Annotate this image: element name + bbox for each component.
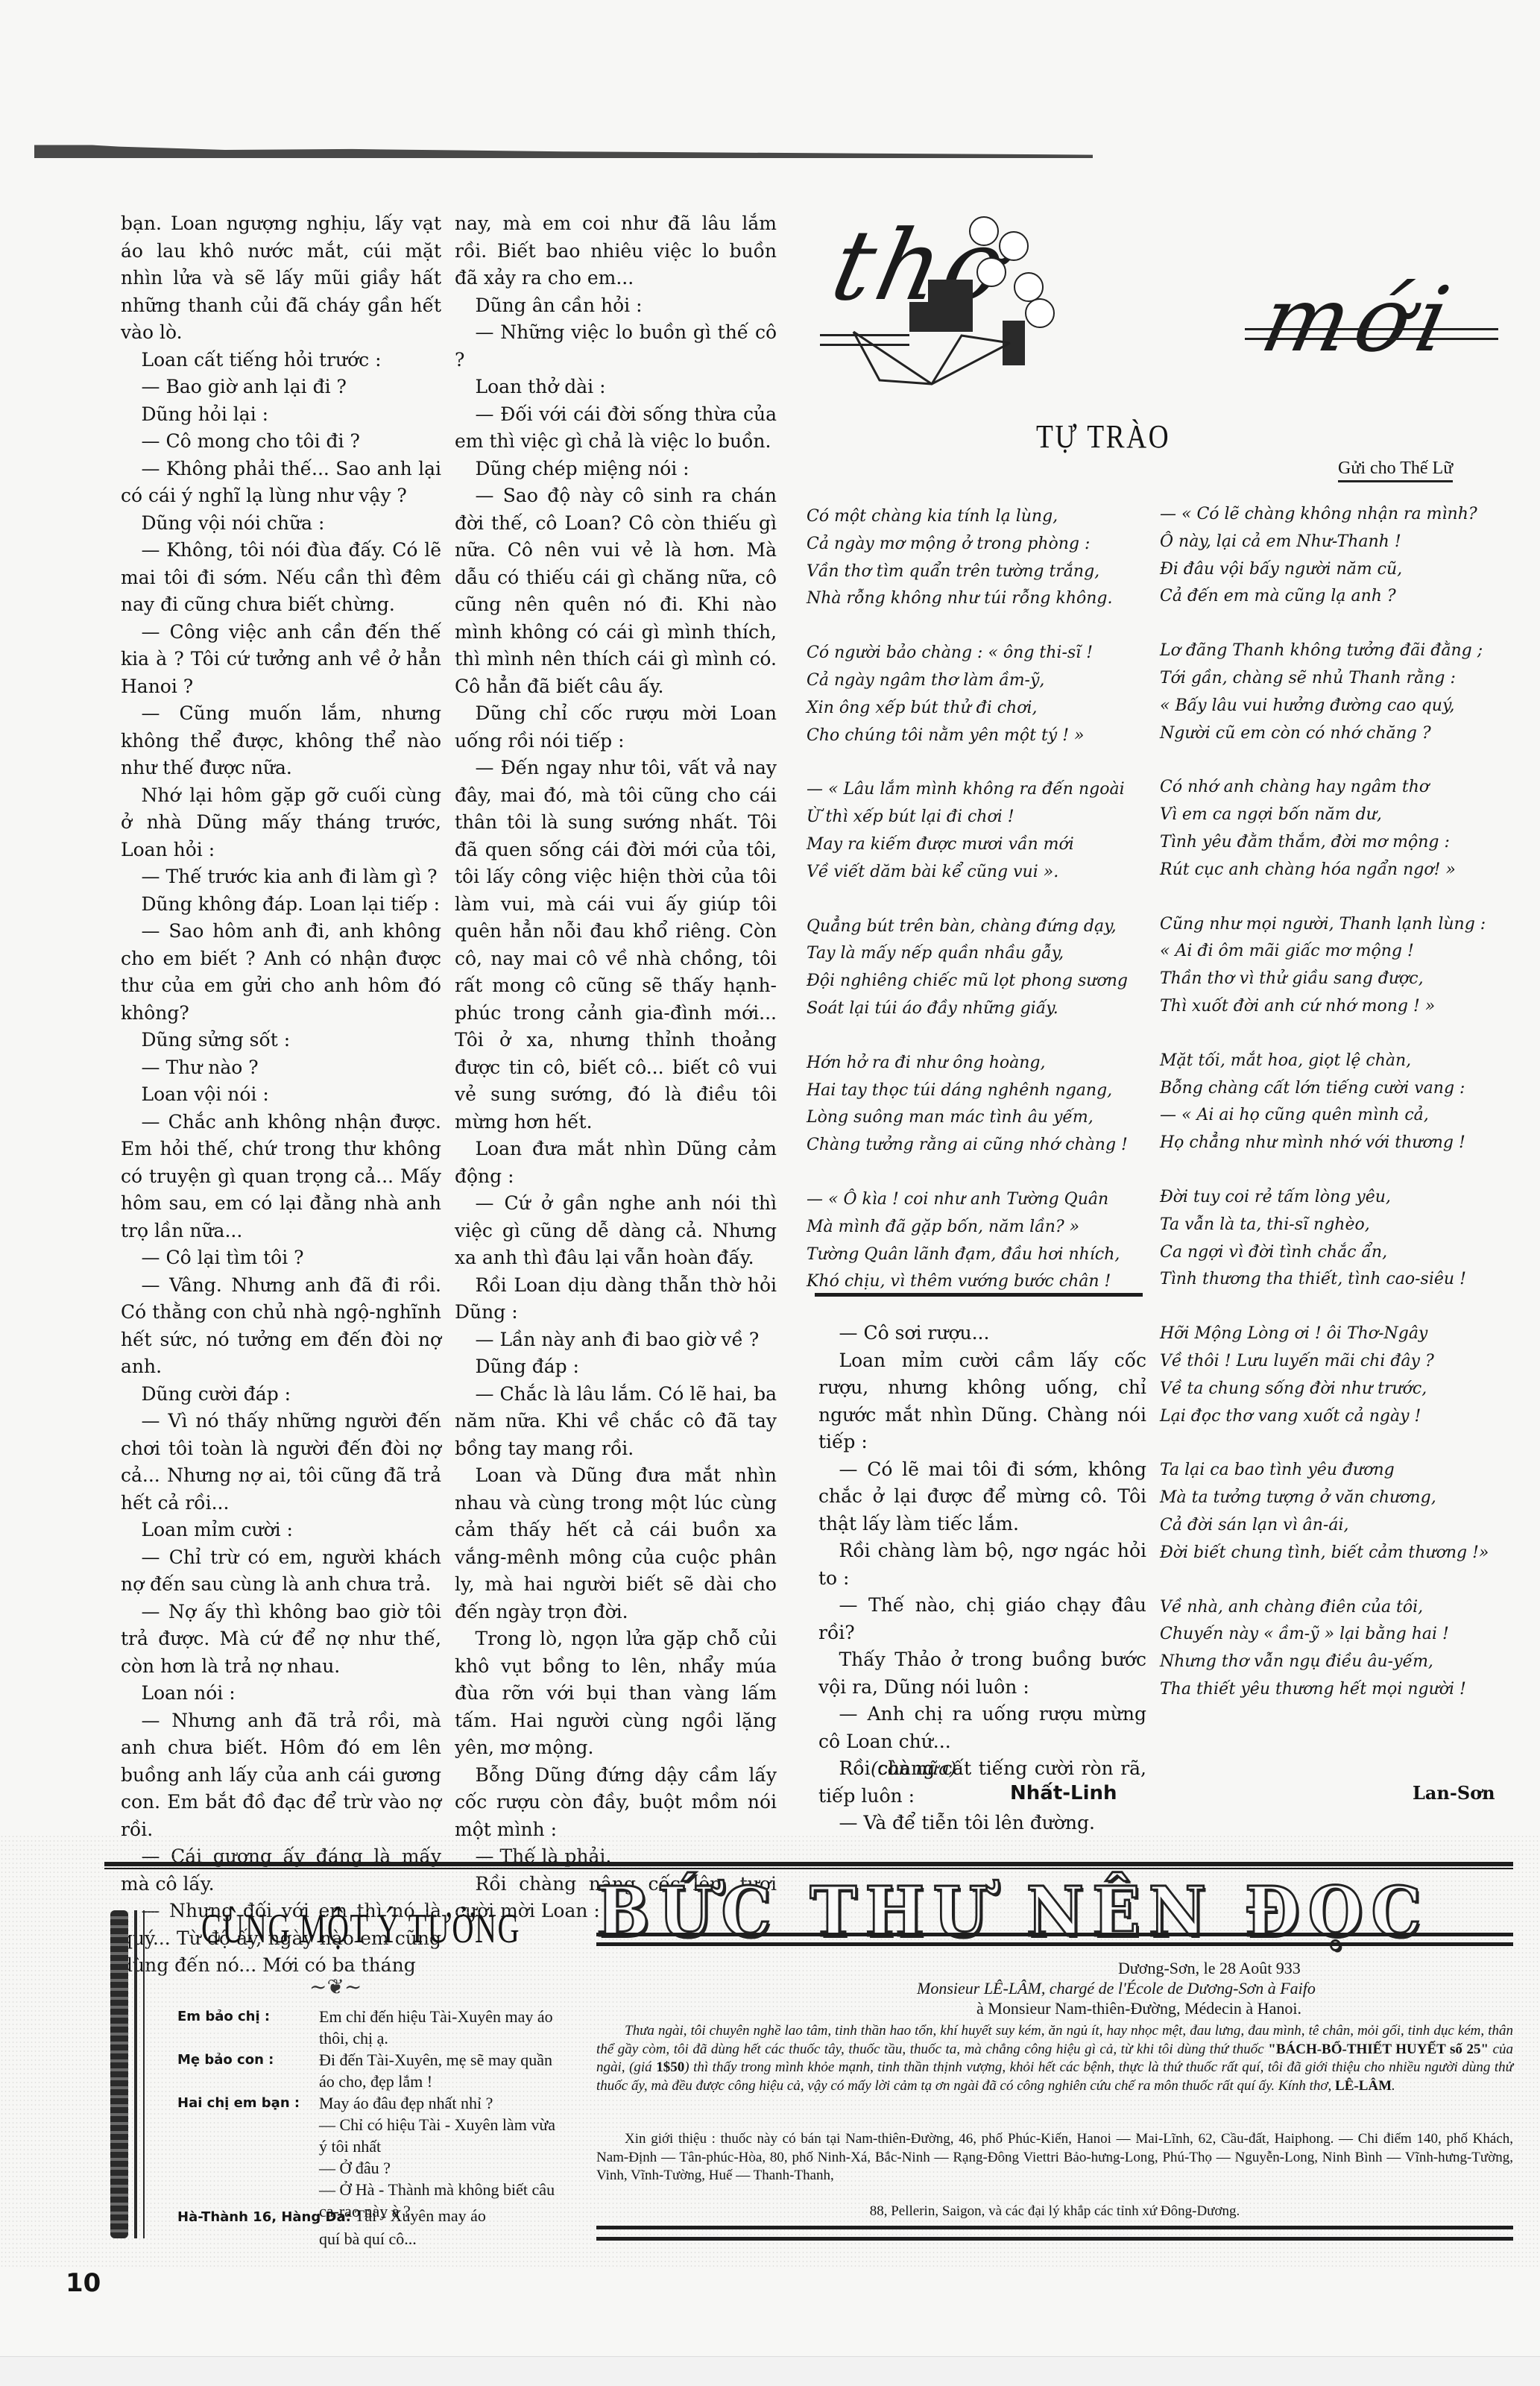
flourish-icon: ~❦~ [309, 1974, 362, 1999]
poem-line: Ta lại ca bao tình yêu đương [1160, 1457, 1510, 1485]
story-paragraph: — Vì nó thấy những người đến chơi tôi to… [121, 1408, 441, 1517]
story-paragraph: — Bao giờ anh lại đi ? [121, 374, 441, 401]
story-paragraph: Dũng chỉ cốc rượu mời Loan uống rồi nói … [455, 700, 777, 755]
story-paragraph: — Và để tiễn tôi lên đường. [818, 1810, 1146, 1837]
story-paragraph: Dũng cười đáp : [121, 1381, 441, 1408]
poem-line: Mặt tối, mắt hoa, giọt lệ chàn, [1160, 1048, 1510, 1075]
header-script-moi: mới [1253, 268, 1465, 372]
story-paragraph: Dũng đáp : [455, 1353, 777, 1381]
address-text-2: quí bà quí cô... [177, 2228, 580, 2250]
poem-line: Về ta chung sống đời như trước, [1160, 1376, 1510, 1403]
ad-top-rule [104, 1862, 1513, 1866]
poem-line: — « Ai ai họ cũng quên mình cả, [1160, 1102, 1510, 1130]
poem-line: Về thôi ! Lưu luyến mãi chi đây ? [1160, 1348, 1510, 1376]
poem-line: Tường Quân lãnh đạm, đầu hơi nhích, [807, 1241, 1142, 1269]
poem-author: Lan-Sơn [1413, 1782, 1495, 1804]
poem-line: Chàng tưởng rằng ai cũng nhớ chàng ! [807, 1132, 1142, 1159]
poem-line: Ô này, lại cả em Như-Thanh ! [1160, 529, 1510, 556]
poem-line: — « Có lẽ chàng không nhận ra mình? [1160, 501, 1510, 529]
story-paragraph: nay, mà em coi như đã lâu lắm rồi. Biết … [455, 210, 777, 292]
poem-line: Lòng suông man mác tình âu yếm, [807, 1104, 1142, 1132]
story-paragraph: — Anh chị ra uống rượu mừng cô Loan chứ.… [818, 1701, 1146, 1755]
speaker-text: — Chỉ có hiệu Tài - Xuyên làm vừa ý tôi … [319, 2114, 565, 2157]
poem-stanza: Ta lại ca bao tình yêu đươngMà ta tưởng … [1160, 1457, 1510, 1567]
page-edge [0, 2356, 1540, 2386]
poem-stanza: — « Có lẽ chàng không nhận ra mình?Ô này… [1160, 501, 1510, 611]
poem-line: Có nhớ anh chàng hay ngâm thơ [1160, 774, 1510, 802]
top-rule-ornament [34, 142, 1093, 158]
poem-line: Lơ đãng Thanh không tưởng đãi đằng ; [1160, 638, 1510, 665]
ad-top-rule-thin [104, 1868, 1513, 1869]
story-paragraph: — Cô mong cho tôi đi ? [121, 428, 441, 456]
poem-line: Họ chẳng như mình nhớ với thương ! [1160, 1130, 1510, 1157]
poem-line: Đời tuy coi rẻ tấm lòng yêu, [1160, 1184, 1510, 1212]
story-paragraph: Dũng ân cần hỏi : [455, 292, 777, 320]
poem-stanza: Có nhớ anh chàng hay ngâm thơVì em ca ng… [1160, 774, 1510, 884]
poem-stanza: Đời tuy coi rẻ tấm lòng yêu,Ta vẫn là ta… [1160, 1184, 1510, 1294]
story-paragraph: — Nhưng anh đã trả rồi, mà anh chưa biết… [121, 1707, 441, 1844]
letter-signature: LÊ-LÂM [1335, 2078, 1392, 2094]
story-paragraph: Loan vội nói : [121, 1081, 441, 1109]
poem-left-column: Có một chàng kia tính lạ lùng,Cả ngày mơ… [807, 503, 1142, 1323]
poem-line: Cả ngày mơ mộng ở trong phòng : [807, 531, 1142, 558]
story-paragraph: — Nợ ấy thì không bao giờ tôi trả được. … [121, 1599, 441, 1681]
poem-line: Tình thương tha thiết, tình cao-siêu ! [1160, 1266, 1510, 1294]
border-line [143, 1910, 145, 2238]
poem-line: May ra kiếm được mươi vần mới [807, 831, 1142, 859]
speaker-label: Em bảo chị : [177, 2006, 319, 2049]
poem-line: Xin ông xếp bút thử đi chơi, [807, 695, 1142, 723]
poem-line: « Bấy lâu vui hưởng đường cao quý, [1160, 693, 1510, 720]
story-paragraph: — Những việc lo buồn gì thế cô ? [455, 319, 777, 374]
poem-stanza: — « Lâu lắm mình không ra đến ngoàiỪ thì… [807, 776, 1142, 886]
poem-line: « Ai đi ôm mãi giấc mơ mộng ! [1160, 938, 1510, 966]
letter-recipient: à Monsieur Nam-thiên-Đường, Médecin à Ha… [976, 1999, 1301, 2018]
poem-line: Thì xuốt đời anh cứ nhớ mong ! » [1160, 993, 1510, 1021]
poem-line: Bỗng chàng cất lớn tiếng cười vang : [1160, 1075, 1510, 1103]
story-paragraph: Loan mỉm cười : [121, 1517, 441, 1544]
product-name: "BÁCH-BỔ-THIẾT HUYẾT số 25" [1268, 2042, 1489, 2057]
speaker-text: Đi đến Tài-Xuyên, mẹ sẽ may quần áo cho,… [319, 2049, 565, 2092]
poem-line: Cũng như mọi người, Thanh lạnh lùng : [1160, 911, 1510, 939]
speaker-label: Mẹ bảo con : [177, 2049, 319, 2092]
flower-icon [999, 231, 1029, 261]
poem-dedication: Gửi cho Thế Lữ [1338, 459, 1453, 482]
ad-tai-xuyen-dialogue: Em bảo chị :Em chỉ đến hiệu Tài-Xuyên ma… [177, 2006, 565, 2222]
story-paragraph: Nhớ lại hôm gặp gỡ cuối cùng ở nhà Dũng … [121, 782, 441, 864]
poem-line: Ca ngợi vì đời tình chắc ẩn, [1160, 1239, 1510, 1267]
story-paragraph: Loan thở dài : [455, 374, 777, 401]
story-paragraph: — Công việc anh cần đến thế kia à ? Tôi … [121, 619, 441, 701]
story-paragraph: — Không phải thế... Sao anh lại có cái ý… [121, 456, 441, 510]
poem-line: Người cũ em còn có nhớ chăng ? [1160, 720, 1510, 748]
ad-dialogue-row: Mẹ bảo con :Đi đến Tài-Xuyên, mẹ sẽ may … [177, 2049, 565, 2092]
poem-line: Rút cục anh chàng hóa ngẩn ngơ! » [1160, 857, 1510, 884]
ad-dialogue-row: — Ở đâu ? [177, 2157, 565, 2179]
story-paragraph: Dũng chép miệng nói : [455, 456, 777, 483]
poem-line: Cả đến em mà cũng lạ anh ? [1160, 583, 1510, 611]
poem-divider [815, 1293, 1143, 1297]
poem-stanza: Hỡi Mộng Lòng ơi ! ôi Thơ-NgâyVề thôi ! … [1160, 1321, 1510, 1430]
poem-stanza: Quẳng bút trên bàn, chàng đứng dạy,Tay l… [807, 913, 1142, 1023]
poem-line: Mà ta tưởng tượng ở văn chương, [1160, 1485, 1510, 1512]
vase-shadow-icon [928, 280, 973, 332]
story-column-1: bạn. Loan ngượng nghịu, lấy vạt áo lau k… [121, 210, 441, 1980]
poem-line: Cả đời sán lạn vì ân-ái, [1160, 1512, 1510, 1540]
poem-line: Nhà rỗng không như túi rỗng không. [807, 585, 1142, 613]
story-paragraph: — Chỉ trừ có em, người khách nợ đến sau … [121, 1544, 441, 1599]
poem-line: Đội nghiêng chiếc mũ lọt phong sương [807, 968, 1142, 995]
story-paragraph: — Thế nào, chị giáo chạy đâu rồi? [818, 1592, 1146, 1646]
poem-title: TỰ TRÀO [1036, 418, 1170, 456]
flower-icon [976, 257, 1006, 287]
poem-line: Soát lại túi áo đầy những giấy. [807, 995, 1142, 1023]
poem-stanza: Có người bảo chàng : « ông thi-sĩ !Cả ng… [807, 640, 1142, 749]
poem-line: Về nhà, anh chàng điên của tôi, [1160, 1594, 1510, 1622]
story-paragraph: Loan mỉm cười cầm lấy cốc rượu, nhưng kh… [818, 1347, 1146, 1456]
story-paragraph: — Chắc anh không nhận được. Em hỏi thế, … [121, 1109, 441, 1245]
poem-line: Hỡi Mộng Lòng ơi ! ôi Thơ-Ngây [1160, 1321, 1510, 1348]
vase-shadow-icon [909, 302, 932, 332]
story-paragraph: Bỗng Dũng đứng dậy cầm lấy cốc rượu còn … [455, 1762, 777, 1844]
poem-line: Vì em ca ngợi bốn năm dư, [1160, 802, 1510, 829]
ad-bottom-rule [596, 2237, 1513, 2241]
story-paragraph: Dũng vội nói chữa : [121, 510, 441, 538]
poem-line: Có người bảo chàng : « ông thi-sĩ ! [807, 640, 1142, 667]
ad-dialogue-row: Em bảo chị :Em chỉ đến hiệu Tài-Xuyên ma… [177, 2006, 565, 2049]
story-paragraph: Dũng sửng sốt : [121, 1027, 441, 1054]
poem-line: Ta vẫn là ta, thi-sĩ nghèo, [1160, 1212, 1510, 1239]
story-paragraph: Loan và Dũng đưa mắt nhìn nhau và cùng t… [455, 1462, 777, 1625]
story-paragraph: — Thế là phải. [455, 1843, 777, 1871]
ad-letter-rule [596, 1933, 1513, 1936]
story-paragraph: — Lần này anh đi bao giờ về ? [455, 1326, 777, 1354]
ad-tai-xuyen-title: CÙNG MỘT Ý TƯỞNG [201, 1905, 520, 1953]
wave-line-right [1245, 328, 1498, 340]
flower-icon [969, 216, 999, 246]
story-paragraph: — Có lẽ mai tôi đi sớm, không chắc ở lại… [818, 1456, 1146, 1538]
flower-icon [1025, 298, 1055, 328]
border-line [134, 1910, 137, 2238]
story-paragraph: — Không, tôi nói đùa đấy. Có lẽ mai tôi … [121, 537, 441, 619]
story-paragraph: bạn. Loan ngượng nghịu, lấy vạt áo lau k… [121, 210, 441, 347]
poem-line: Quẳng bút trên bàn, chàng đứng dạy, [807, 913, 1142, 941]
poem-line: Có một chàng kia tính lạ lùng, [807, 503, 1142, 531]
page-number: 10 [66, 2268, 101, 2298]
story-paragraph: Rồi Loan dịu dàng thẫn thờ hỏi Dũng : [455, 1272, 777, 1326]
ornamental-border [110, 1910, 128, 2238]
story-paragraph: — Thư nào ? [121, 1054, 441, 1082]
poem-line: Thần thơ vì thử giầu sang được, [1160, 966, 1510, 993]
poem-stanza: Có một chàng kia tính lạ lùng,Cả ngày mơ… [807, 503, 1142, 613]
ad-bottom-rule [596, 2226, 1513, 2229]
poem-line: Tay là mấy nếp quần nhầu gẫy, [807, 940, 1142, 968]
poem-line: Hớn hở ra đi như ông hoàng, [807, 1050, 1142, 1077]
story-paragraph: Dũng hỏi lại : [121, 401, 441, 429]
poem-line: Hai tay thọc túi dáng nghênh ngang, [807, 1077, 1142, 1105]
story-paragraph: — Cái gương ấy đáng là mấy mà cô lấy. [121, 1843, 441, 1898]
poem-stanza: Về nhà, anh chàng điên của tôi,Chuyến nà… [1160, 1594, 1510, 1704]
poem-stanza: Mặt tối, mắt hoa, giọt lệ chàn,Bỗng chàn… [1160, 1048, 1510, 1157]
letter-sender: Monsieur LÊ-LÂM, chargé de l'École de Dư… [917, 1979, 1316, 1998]
poem-stanza: Lơ đãng Thanh không tưởng đãi đằng ;Tới … [1160, 638, 1510, 747]
poem-stanza: Hớn hở ra đi như ông hoàng,Hai tay thọc … [807, 1050, 1142, 1159]
poem-line: Ừ thì xếp bút lại đi chơi ! [807, 804, 1142, 831]
story-author: Nhất-Linh [1010, 1782, 1117, 1804]
open-book-icon [850, 328, 1014, 388]
poem-line: Mà mình đã gặp bốn, năm lần? » [807, 1214, 1142, 1241]
product-price: 1$50 [656, 2059, 684, 2075]
ad-dialogue-row: Hai chị em bạn :May áo đâu đẹp nhất nhỉ … [177, 2092, 565, 2114]
poem-line: Chuyến này « ầm-ỹ » lại bằng hai ! [1160, 1621, 1510, 1649]
story-paragraph: — Đối với cái đời sống thừa của em thì v… [455, 401, 777, 456]
story-paragraph: — Thế trước kia anh đi làm gì ? [121, 863, 441, 891]
poem-line: Tha thiết yêu thương hết mọi người ! [1160, 1676, 1510, 1704]
poem-line: Tình yêu đằm thắm, đời mơ mộng : [1160, 829, 1510, 857]
continued-note: (còn nữa) [871, 1758, 956, 1779]
poem-line: Đời biết chung tình, biết cảm thương !» [1160, 1540, 1510, 1567]
flower-icon [1014, 272, 1044, 302]
poem-stanza: — « Ô kìa ! coi như anh Tường QuânMà mìn… [807, 1186, 1142, 1296]
story-paragraph: Dũng không đáp. Loan lại tiếp : [121, 891, 441, 919]
poem-line: Về viết dăm bài kể cũng vui ». [807, 859, 1142, 887]
poem-line: Khó chịu, vì thêm vướng bước chân ! [807, 1268, 1142, 1296]
ad-dialogue-row: — Chỉ có hiệu Tài - Xuyên làm vừa ý tôi … [177, 2114, 565, 2157]
poem-line: Vần thơ tìm quẩn trên tường trắng, [807, 558, 1142, 586]
speaker-text: — Ở đâu ? [319, 2157, 565, 2179]
story-paragraph: — Cũng muốn lắm, nhưng không thể được, k… [121, 700, 441, 782]
story-paragraph: Rồi chàng làm bộ, ngơ ngác hỏi to : [818, 1537, 1146, 1592]
story-paragraph: Thấy Thảo ở trong buồng bước vội ra, Dũn… [818, 1646, 1146, 1701]
story-paragraph: — Sao độ này cô sinh ra chán đời thế, cô… [455, 482, 777, 700]
poem-right-column: — « Có lẽ chàng không nhận ra mình?Ô này… [1160, 501, 1510, 1731]
poem-line: Cho chúng tôi nằm yên một tý ! » [807, 723, 1142, 750]
speaker-label: Hai chị em bạn : [177, 2092, 319, 2114]
ad-letter-title: BỨC THƯ NÊN ĐỌC [596, 1872, 1447, 1952]
address-text: Tài - Xuyên may áo [355, 2206, 486, 2225]
story-paragraph: Loan đưa mắt nhìn Dũng cảm động : [455, 1136, 777, 1190]
dealer-list: Xin giới thiệu : thuốc này có bán tại Na… [596, 2130, 1513, 2185]
poem-stanza: Cũng như mọi người, Thanh lạnh lùng :« A… [1160, 911, 1510, 1021]
poem-line: — « Ô kìa ! coi như anh Tường Quân [807, 1186, 1142, 1214]
story-paragraph: — Cô lại tìm tôi ? [121, 1244, 441, 1272]
story-paragraph: — Vâng. Nhưng anh đã đi rồi. Có thằng co… [121, 1272, 441, 1381]
dealer-list-last: 88, Pellerin, Saigon, và các đại lý khắp… [596, 2203, 1513, 2220]
ad-tai-xuyen-address: Hà-Thành 16, Hàng Da: Tài - Xuyên may áo… [177, 2205, 580, 2250]
speaker-text: Em chỉ đến hiệu Tài-Xuyên may áo thôi, c… [319, 2006, 565, 2049]
letter-body: Thưa ngài, tôi chuyên nghề lao tâm, tinh… [596, 2022, 1513, 2095]
poem-line: Đi đâu vội bấy người năm cũ, [1160, 556, 1510, 584]
story-paragraph: — Sao hôm anh đi, anh không cho em biết … [121, 918, 441, 1027]
speaker-label [177, 2114, 319, 2157]
poem-line: Nhưng thơ vẫn ngụ điều âu-yếm, [1160, 1649, 1510, 1676]
ad-letter-rule [596, 1942, 1513, 1946]
speaker-text: May áo đâu đẹp nhất nhỉ ? [319, 2092, 565, 2114]
speaker-label [177, 2157, 319, 2179]
poem-line: Cả ngày ngâm thơ làm ầm-ỹ, [807, 667, 1142, 695]
story-paragraph: — Đến ngay như tôi, vất vả nay đây, mai … [455, 755, 777, 1136]
story-paragraph: — Cô sơi rượu... [818, 1320, 1146, 1347]
story-column-3: — Cô sơi rượu...Loan mỉm cười cầm lấy cố… [818, 1320, 1146, 1837]
story-paragraph: Trong lò, ngọn lửa gặp chỗ củi khô vụt b… [455, 1625, 777, 1762]
story-column-2: nay, mà em coi như đã lâu lắm rồi. Biết … [455, 210, 777, 1925]
address-label: Hà-Thành 16, Hàng Da: [177, 2209, 351, 2225]
poem-line: Tới gần, chàng sẽ nhủ Thanh rằng : [1160, 665, 1510, 693]
story-paragraph: — Chắc là lâu lắm. Có lẽ hai, ba năm nữa… [455, 1381, 777, 1463]
letter-date: Dương-Sơn, le 28 Août 933 [1118, 1959, 1301, 1978]
story-paragraph: Loan nói : [121, 1680, 441, 1707]
story-paragraph: — Cứ ở gần nghe anh nói thì việc gì cũng… [455, 1190, 777, 1272]
poem-line: — « Lâu lắm mình không ra đến ngoài [807, 776, 1142, 804]
story-paragraph: Loan cất tiếng hỏi trước : [121, 347, 441, 374]
poem-line: Lại đọc thơ vang xuốt cả ngày ! [1160, 1403, 1510, 1431]
